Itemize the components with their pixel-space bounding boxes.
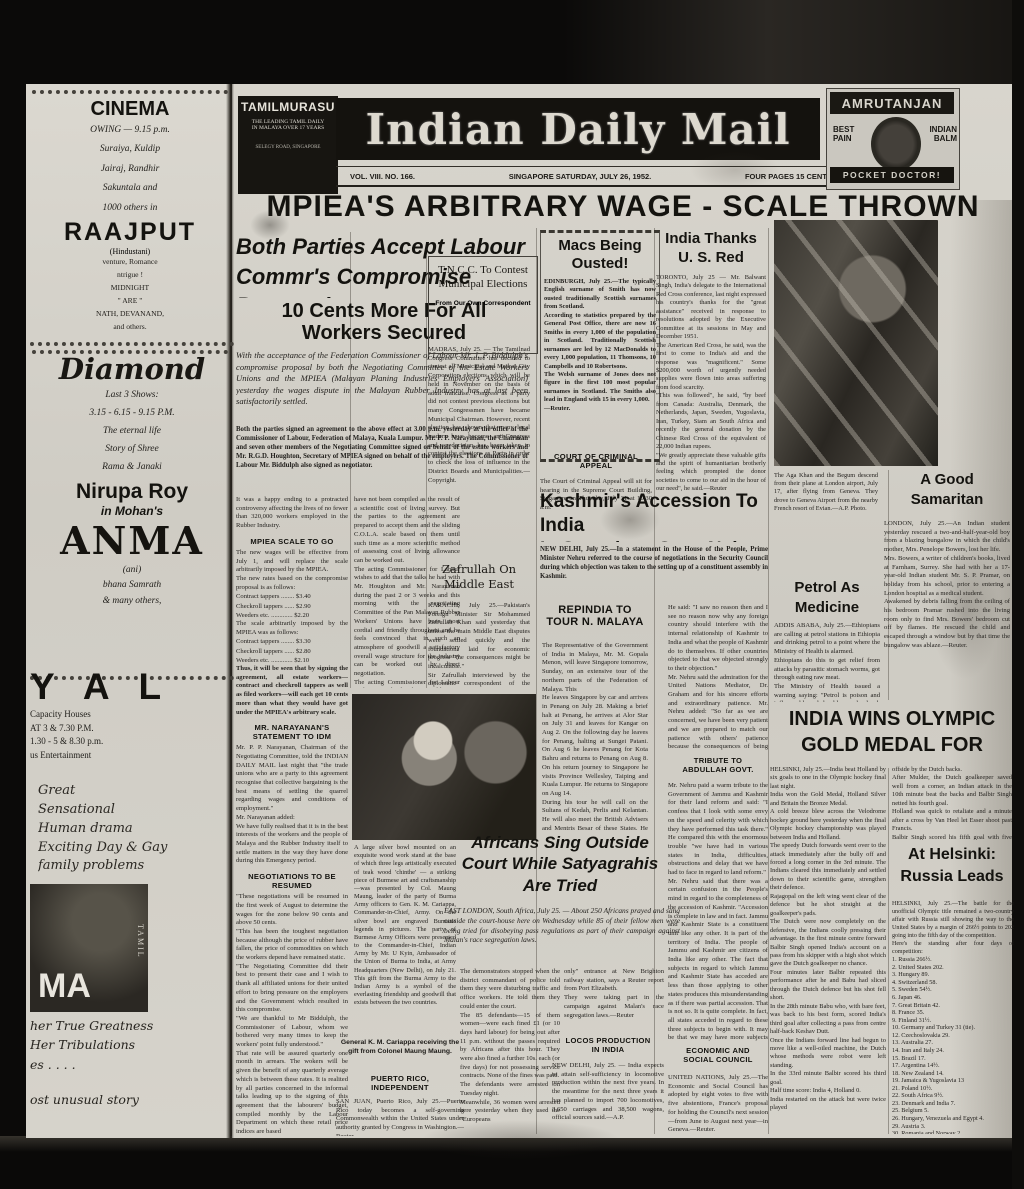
court-appeal-title: COURT OF CRIMINAL APPEAL	[540, 452, 652, 476]
script-ad-line: Exciting Day & Gay	[38, 839, 220, 858]
standing-row: 26. Hungary, Venezuela and Egypt 4.	[892, 1115, 1014, 1123]
amrutanjan-right-label: INDIAN BALM	[921, 125, 957, 155]
tamil-murasu-ad: TAMILMURASU THE LEADING TAMIL DAILY IN M…	[238, 96, 338, 194]
cinema-ad-line: NATH, DEVANAND,	[34, 308, 226, 321]
kashmir-headline: Kashmir's Accession To India Is Complete…	[540, 490, 772, 542]
standing-row: 4. Switzerland 58.	[892, 979, 1014, 987]
locos-body: NEW DELHI, July 25. — India expects to a…	[552, 1062, 664, 1134]
rate-row: Weeders etc. ............. $2.20	[236, 611, 348, 620]
petrol-title: Petrol As Medicine	[774, 578, 880, 618]
standing-row: 1. Russia 266½.	[892, 956, 1014, 964]
issue-date: SINGAPORE SATURDAY, JULY 26, 1952.	[509, 172, 652, 181]
tncc-body: MADRAS, July 25. — The Tamilnad Congress…	[428, 346, 530, 558]
cinema-movie-language: (Hindustani)	[34, 247, 226, 256]
cinema-ad-line: and others.	[34, 321, 226, 334]
diamond-producer-line: in Mohan's	[34, 504, 230, 518]
rate-row: Contract tappers ........ $3.40	[236, 592, 348, 601]
tribute-title: TRIBUTE TO ABDULLAH GOVT.	[668, 756, 768, 778]
africans-intro: EAST LONDON, South Africa, July 25. — Ab…	[444, 906, 680, 964]
royal-ad-line: AT 3 & 7.30 P.M.	[30, 722, 226, 736]
standing-row: 3. Hungary 89.	[892, 971, 1014, 979]
amrutanjan-tin-icon	[871, 117, 921, 171]
locos-title: LOCOS PRODUCTION IN INDIA	[552, 1036, 664, 1060]
script-ad-lines: GreatSensationalHuman dramaExciting Day …	[38, 782, 220, 876]
repindia-title: REPINDIA TO TOUR N. MALAYA	[542, 604, 648, 638]
diamond-ad-line: Story of Shree	[34, 440, 230, 458]
repindia-body: The Representative of the Government of …	[542, 642, 648, 830]
amrutanjan-title-bar: AMRUTANJAN	[830, 92, 954, 114]
narayanan-statement-header: MR. NARAYANAN'S STATEMENT TO IDM	[236, 723, 348, 741]
ecosoc-title: ECONOMIC AND SOCIAL COUNCIL	[668, 1046, 768, 1070]
mpiea-scale-intro: The new wages will be effective from Jul…	[236, 549, 348, 593]
rate-row: Weeders etc. ............. $2.10	[236, 656, 348, 665]
mpiea-scale-header: MPIEA SCALE TO GO	[236, 537, 348, 546]
dateline-bar: VOL. VIII. NO. 166. SINGAPORE SATURDAY, …	[336, 166, 848, 187]
old-rates-list: Contract tappers ........ $3.30Checkroll…	[236, 637, 348, 665]
cinema-ad-line: Jairaj, Randhir	[34, 160, 226, 179]
cinema-ad-line: MIDNIGHT	[34, 282, 226, 295]
mpiea-scale-old-intro: The scale arbitrarily imposed by the MPI…	[236, 620, 348, 637]
script-ad-line: Sensational	[38, 801, 220, 820]
script-ad-line: Great	[38, 782, 220, 801]
royal-ad-line: Capacity Houses	[30, 708, 226, 722]
macs-body: EDINBURGH, July 25.—The typically Englis…	[544, 278, 656, 413]
cinema-ad-title: CINEMA	[34, 98, 226, 121]
standing-row: 23. Denmark and India 7.	[892, 1100, 1014, 1108]
cinema-ad-line: Sakuntala and	[34, 179, 226, 198]
aga-khan-photo	[774, 220, 938, 466]
scan-left-edge	[0, 0, 28, 1189]
amrutanjan-footer-bar: POCKET DOCTOR!	[830, 167, 954, 183]
standing-row: 14. Iran and Italy 24.	[892, 1047, 1014, 1055]
hockey-headline: INDIA WINS OLYMPIC GOLD MEDAL FOR HOCKEY	[770, 706, 1014, 760]
cinema-ad-line: 1000 others in	[34, 199, 226, 218]
ma-movie-title: MA	[38, 967, 91, 1006]
lead-column-a: It was a happy ending to a protracted co…	[236, 496, 348, 1136]
sidebar-bottom-lines: her True GreatnessHer Tribulationses . .…	[30, 1016, 222, 1086]
cinema-ad-line: venture, Romance	[34, 256, 226, 269]
rate-row: Checkroll tappers ...... $2.90	[236, 602, 348, 611]
tamil-murasu-line2: IN MALAYA OVER 17 YEARS	[241, 125, 335, 131]
scan-top-edge	[0, 0, 1024, 86]
negotiations-header: NEGOTIATIONS TO BE RESUMED	[236, 872, 348, 890]
masthead-banner: Indian Daily Mail	[336, 98, 820, 160]
standing-row: 15. Brazil 17.	[892, 1055, 1014, 1063]
diamond-ad-line: & many others,	[34, 594, 230, 609]
macs-title: Macs Being Ousted!	[544, 237, 656, 273]
new-rates-list: Contract tappers ........ $3.40Checkroll…	[236, 592, 348, 620]
newspaper-scan: CINEMA OWING — 9.15 p.m.Suraiya, KuldipJ…	[0, 0, 1024, 1189]
amrutanjan-footer: POCKET DOCTOR!	[843, 170, 941, 180]
standing-row: 19. Jamaica & Yugoslavia 13	[892, 1077, 1014, 1085]
sidebar-bottom-line: her True Greatness	[30, 1016, 222, 1035]
standing-row: 30. Romania and Norway 2.	[892, 1130, 1014, 1134]
ma-movie-language: TAMIL	[136, 924, 145, 959]
standing-row: 2. United States 202.	[892, 964, 1014, 972]
olympic-standings-list: 1. Russia 266½.2. United States 202.3. H…	[892, 956, 1014, 1134]
diamond-ad-lines: Last 3 Shows:3.15 - 6.15 - 9.15 P.M.The …	[34, 386, 230, 476]
mpiea-scale-outro: Thus, it will be seen that by signing th…	[236, 665, 348, 717]
cinema-ad-line: OWING — 9.15 p.m.	[34, 121, 226, 140]
script-ad: GreatSensationalHuman dramaExciting Day …	[38, 782, 220, 882]
africans-headline: Africans Sing Outside Court While Satyag…	[440, 832, 680, 904]
lead-happy-paragraph: It was a happy ending to a protracted co…	[236, 496, 348, 531]
diamond-ad-line: The eternal life	[34, 422, 230, 440]
standing-row: 13. Australia 27.	[892, 1039, 1014, 1047]
paper-title: Indian Daily Mail	[365, 105, 790, 154]
price-pages: FOUR PAGES 15 CENTS.	[745, 172, 834, 181]
tncc-byline: From Our Own Correspondent	[432, 300, 534, 307]
cinema-ad: CINEMA OWING — 9.15 p.m.Suraiya, KuldipJ…	[32, 90, 228, 354]
sidebar-bottom-list: her True GreatnessHer Tribulationses . .…	[30, 1016, 222, 1074]
cinema-ad-lines2: venture, Romancentrigue !MIDNIGHT" ARE "…	[34, 256, 226, 333]
hockey-column-1: HELSINKI, July 25.—India beat Holland by…	[770, 766, 886, 1134]
sidebar-bottom-line: es . . . .	[30, 1055, 222, 1074]
diamond-ad-line: Rama & Janaki	[34, 458, 230, 476]
ma-movie-photo: MA TAMIL	[30, 884, 148, 1012]
standing-row: 25. Belgium 5.	[892, 1107, 1014, 1115]
diamond-theatre-title: Diamond	[34, 352, 230, 386]
cinema-movie-title: RAAJPUT	[34, 218, 226, 247]
tamil-murasu-title: TAMILMURASU	[241, 100, 335, 114]
diamond-movie-title: ANMA	[34, 518, 230, 563]
amrutanjan-title: AMRUTANJAN	[842, 96, 943, 111]
tncc-headline-box: T.N.C.C. To Contest Municipal Elections …	[428, 256, 538, 354]
diamond-ad-line: Last 3 Shows:	[34, 386, 230, 404]
royal-theatre-ad: Y A L Capacity HousesAT 3 & 7.30 P.M.1.3…	[30, 666, 226, 778]
diamond-ad-line: (ani)	[34, 563, 230, 578]
tamil-murasu-address: SELEGY ROAD, SINGAPORE	[241, 145, 335, 150]
standing-row: 12. Czechoslovakia 29.	[892, 1032, 1014, 1040]
narayanan-statement-body: Mr. P. P. Narayanan, Chairman of the Neg…	[236, 744, 348, 866]
amrutanjan-left-label: BEST PAIN	[833, 125, 867, 155]
diamond-ad-line: 3.15 - 6.15 - 9.15 P.M.	[34, 404, 230, 422]
tncc-title: T.N.C.C. To Contest Municipal Elections	[432, 263, 534, 292]
cinema-ad-line: ntrigue !	[34, 269, 226, 282]
samaritan-title: A Good Samaritan	[884, 470, 1010, 516]
negotiations-body: "These negotiations will be resumed in t…	[236, 893, 348, 1136]
macs-article-box: Macs Being Ousted! EDINBURGH, July 25.—T…	[540, 230, 660, 462]
sidebar-bottom-line: Her Tribulations	[30, 1035, 222, 1054]
column-rule	[888, 768, 889, 1134]
diamond-ad-lines2: (ani)bhana Samrath& many others,	[34, 563, 230, 609]
diamond-star-name: Nirupa Roy	[34, 480, 230, 504]
standing-row: 5. Sweden 54½.	[892, 986, 1014, 994]
africans-column-1: The demonstrators stopped when the distr…	[460, 968, 560, 1134]
cinema-ad-line: Suraiya, Kuldip	[34, 140, 226, 159]
helsinki-intro: HELSINKI, July 25.—The battle for the un…	[892, 900, 1014, 956]
standing-row: 10. Germany and Turkey 31 (tie).	[892, 1024, 1014, 1032]
standing-row: 21. Poland 10½.	[892, 1085, 1014, 1093]
helsinki-standings-block: HELSINKI, July 25.—The battle for the un…	[892, 900, 1014, 1134]
africans-column-2: only" entrance at New Brighton railway s…	[564, 968, 664, 1030]
standing-row: 6. Japan 46.	[892, 994, 1014, 1002]
red-cross-title: India Thanks U. S. Red Cross	[656, 230, 766, 270]
kashmir-quote-column: He said: "I saw no reason then and I see…	[668, 604, 768, 752]
ecosoc-body: UNITED NATIONS, July 25.—The Economic an…	[668, 1074, 768, 1134]
diamond-ad-line: bhana Samrath	[34, 578, 230, 593]
kashmir-lead: NEW DELHI, July 25.—In a statement in th…	[540, 546, 768, 600]
royal-ad-line: 1.30 - 5 & 8.30 p.m.	[30, 735, 226, 749]
royal-ad-lines: Capacity HousesAT 3 & 7.30 P.M.1.30 - 5 …	[30, 708, 226, 762]
puerto-rico-body: SAN JUAN, Puerto Rico, July 25.—Puerto R…	[336, 1098, 464, 1136]
standing-row: 9. Finland 31½.	[892, 1017, 1014, 1025]
rate-row: Checkroll tappers ...... $2.80	[236, 647, 348, 656]
tribute-body: Mr. Nehru paid a warm tribute to the Gov…	[668, 782, 768, 1042]
amrutanjan-ad: AMRUTANJAN BEST PAIN INDIAN BALM POCKET …	[826, 88, 960, 190]
cinema-ad-line: " ARE "	[34, 295, 226, 308]
samaritan-body: LONDON, July 25.—An Indian student yeste…	[884, 520, 1010, 704]
standing-row: 29. Austria 3.	[892, 1123, 1014, 1131]
volume-number: VOL. VIII. NO. 166.	[350, 172, 415, 181]
standing-row: 8. France 35.	[892, 1009, 1014, 1017]
zafrullah-body: KARACHI, July 25.—Pakistan's Foreign Min…	[428, 602, 530, 688]
hockey-column-2: offside by the Dutch backs. After Mulder…	[892, 766, 1012, 840]
petrol-body: ADDIS ABABA, July 25.—Ethiopians are cal…	[774, 622, 880, 702]
standing-row: 18. New Zealand 14.	[892, 1070, 1014, 1078]
silver-bowl-photo	[352, 694, 536, 840]
standing-row: 17. Argentina 14½.	[892, 1062, 1014, 1070]
script-ad-line: Human drama	[38, 820, 220, 839]
standing-row: 22. South Africa 9½.	[892, 1092, 1014, 1100]
column-rule	[768, 228, 769, 1134]
royal-ad-line: us Entertainment	[30, 749, 226, 763]
puerto-rico-title: PUERTO RICO, INDEPENDENT	[336, 1074, 464, 1096]
standing-row: 7. Great Britain 42.	[892, 1002, 1014, 1010]
diamond-theatre-ad: Diamond Last 3 Shows:3.15 - 6.15 - 9.15 …	[30, 342, 234, 680]
aga-khan-caption: The Aga Khan and the Begum descend from …	[774, 472, 878, 570]
cinema-ad-lines: OWING — 9.15 p.m.Suraiya, KuldipJairaj, …	[34, 121, 226, 218]
zafrullah-title: Zafrullah On Middle East	[428, 562, 530, 598]
script-ad-line: family problems	[38, 857, 220, 876]
rate-row: Contract tappers ........ $3.30	[236, 637, 348, 646]
royal-theatre-title: Y A L	[30, 666, 226, 708]
helsinki-title: At Helsinki: Russia Leads	[892, 844, 1012, 896]
scan-bottom-edge	[0, 1136, 1024, 1189]
silver-bowl-caption-2: General K. M. Cariappa receiving the gif…	[336, 1038, 464, 1070]
sidebar-last-line: ost unusual story	[30, 1092, 222, 1112]
